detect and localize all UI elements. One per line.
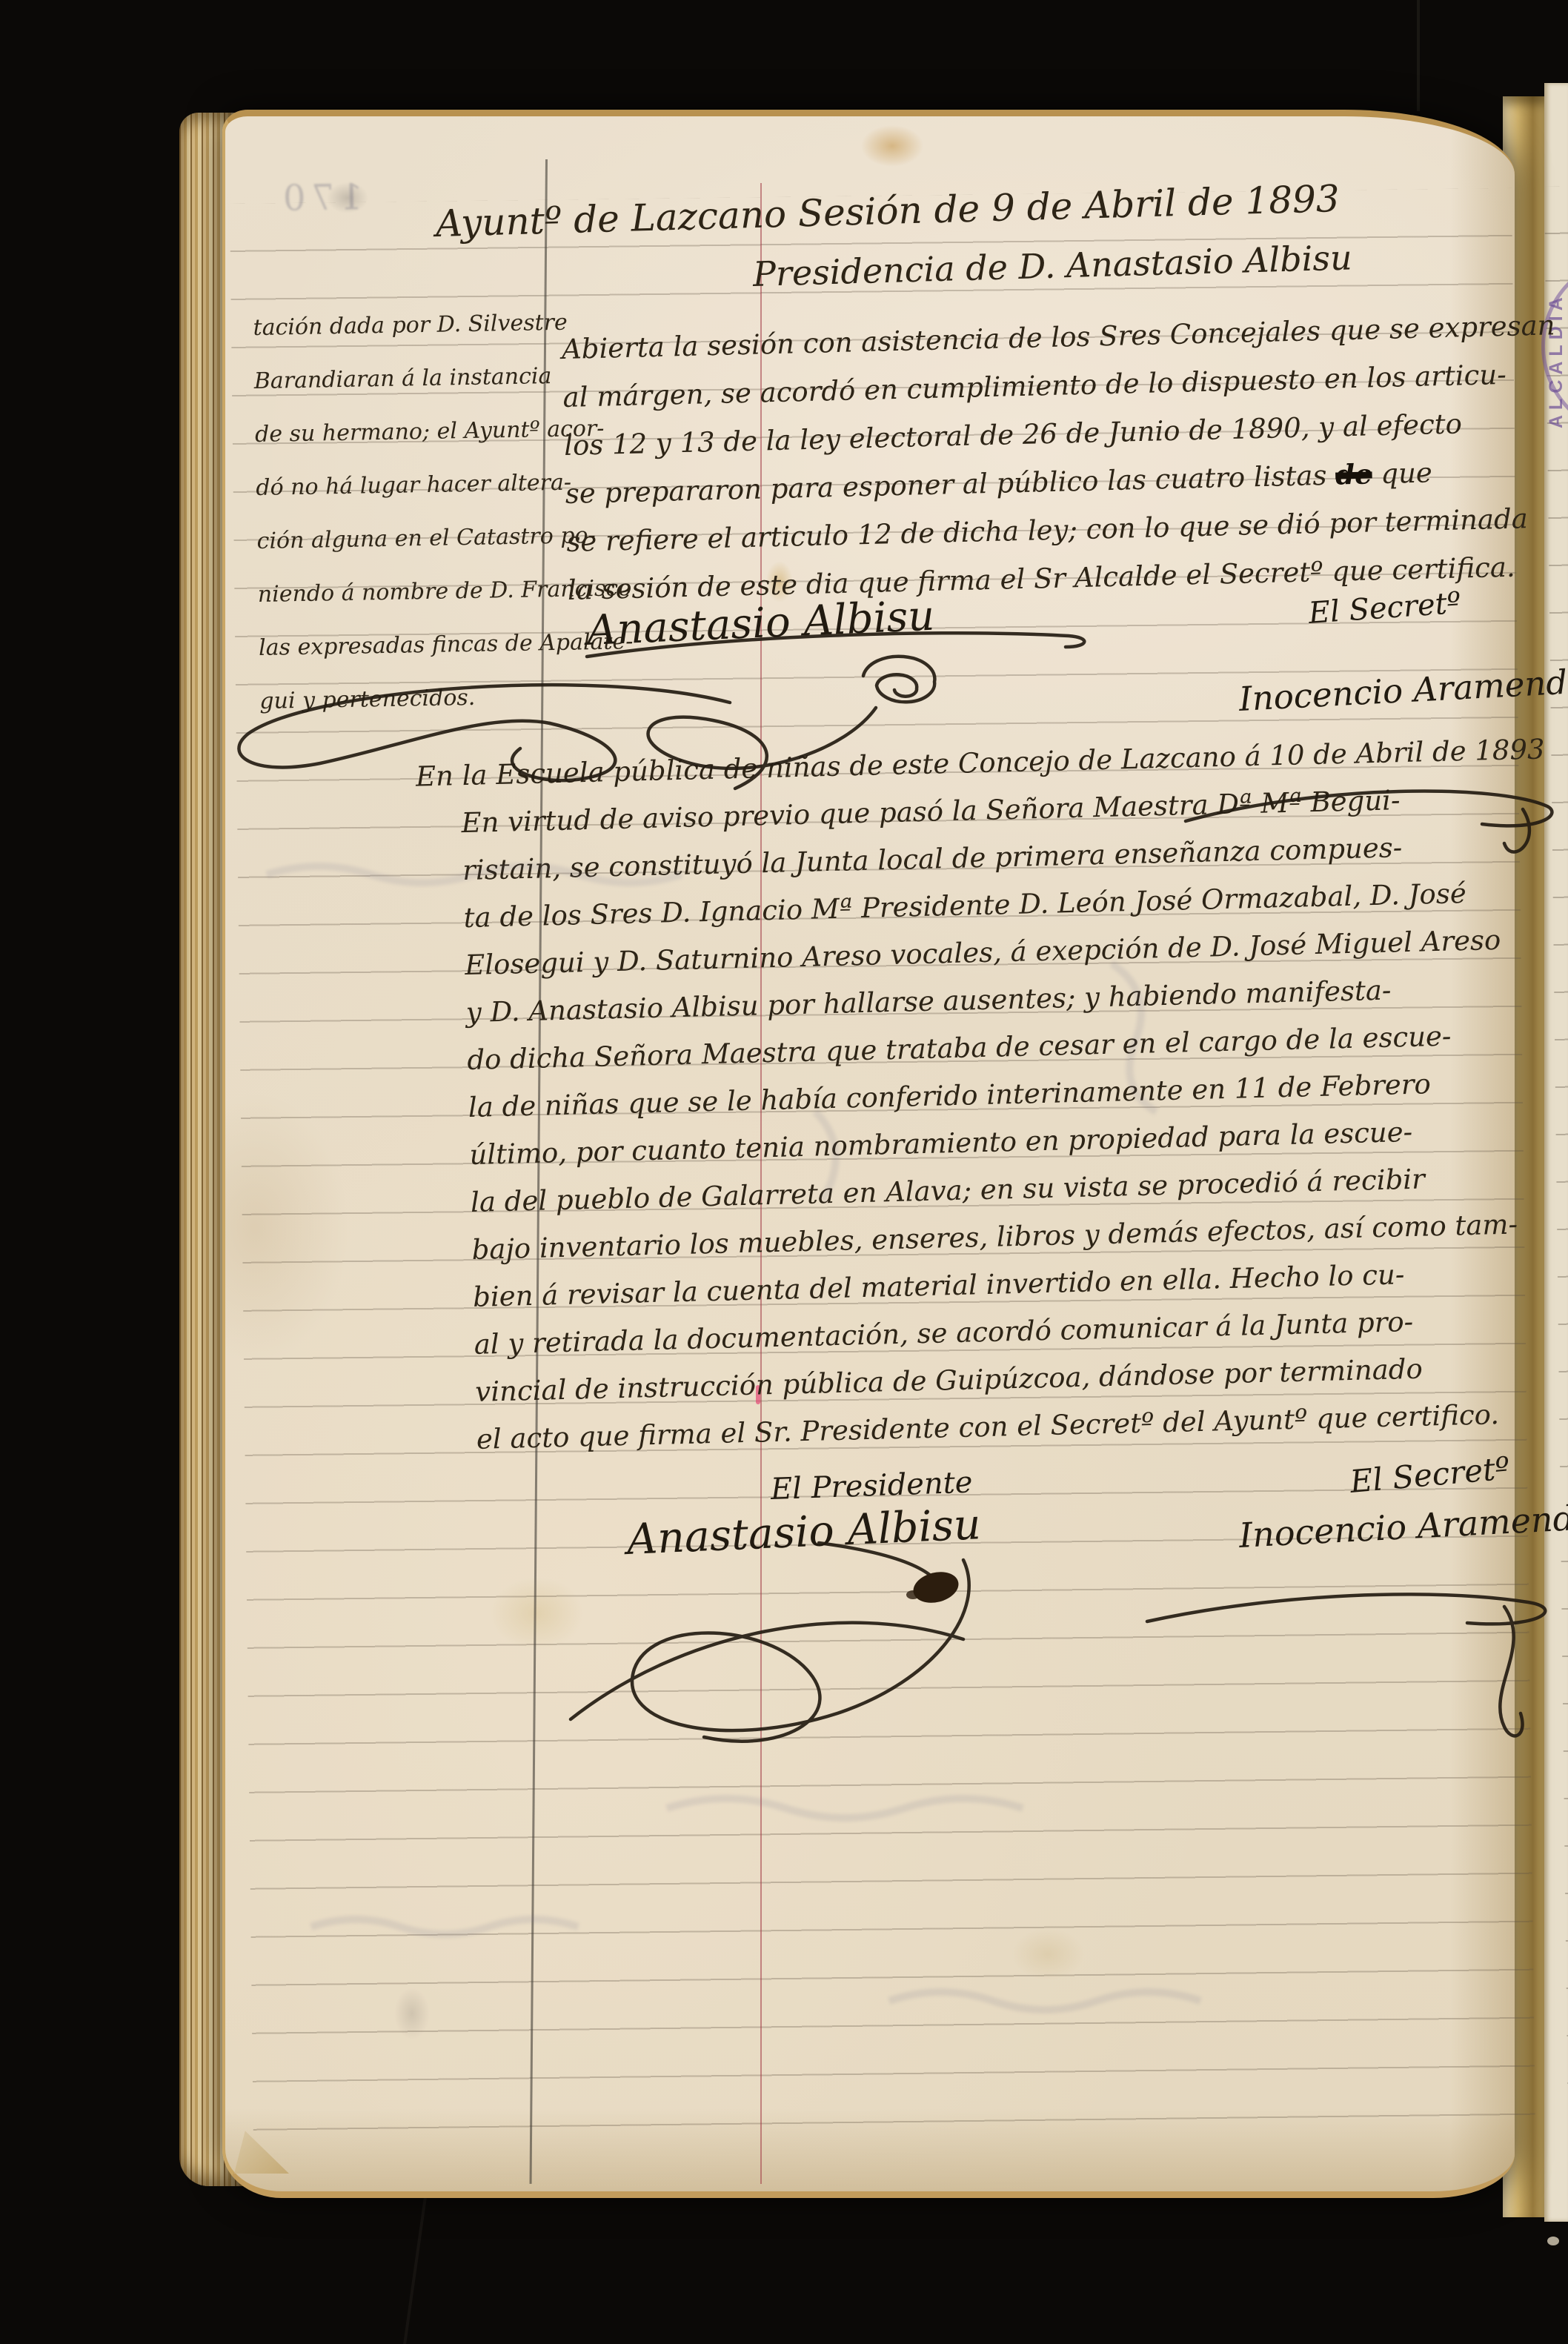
manuscript-line: las expresadas fincas de Apalate- (259, 615, 634, 675)
school-act-paragraph: En la Escuela pública de niñas de este C… (459, 726, 1536, 1464)
manuscript-line: gui y pertenecidos. (259, 668, 634, 728)
session-minutes-paragraph: Abierta la sesión con asistencia de los … (561, 302, 1531, 614)
dust-speck (1547, 2237, 1559, 2245)
ruled-lines (1544, 187, 1568, 2199)
manuscript-scan: ALCALDIA 170 Ayuntº de Lazcano Sesión de… (0, 0, 1568, 2344)
line-text: que (1372, 456, 1432, 490)
backdrop-seam (1417, 0, 1420, 111)
bleedthrough-page-number: 170 (277, 176, 364, 219)
manuscript-page: 170 Ayuntº de Lazcano Sesión de 9 de Abr… (222, 110, 1515, 2198)
president-title: El Presidente (770, 1466, 973, 1507)
struck-word: de (1335, 457, 1372, 491)
